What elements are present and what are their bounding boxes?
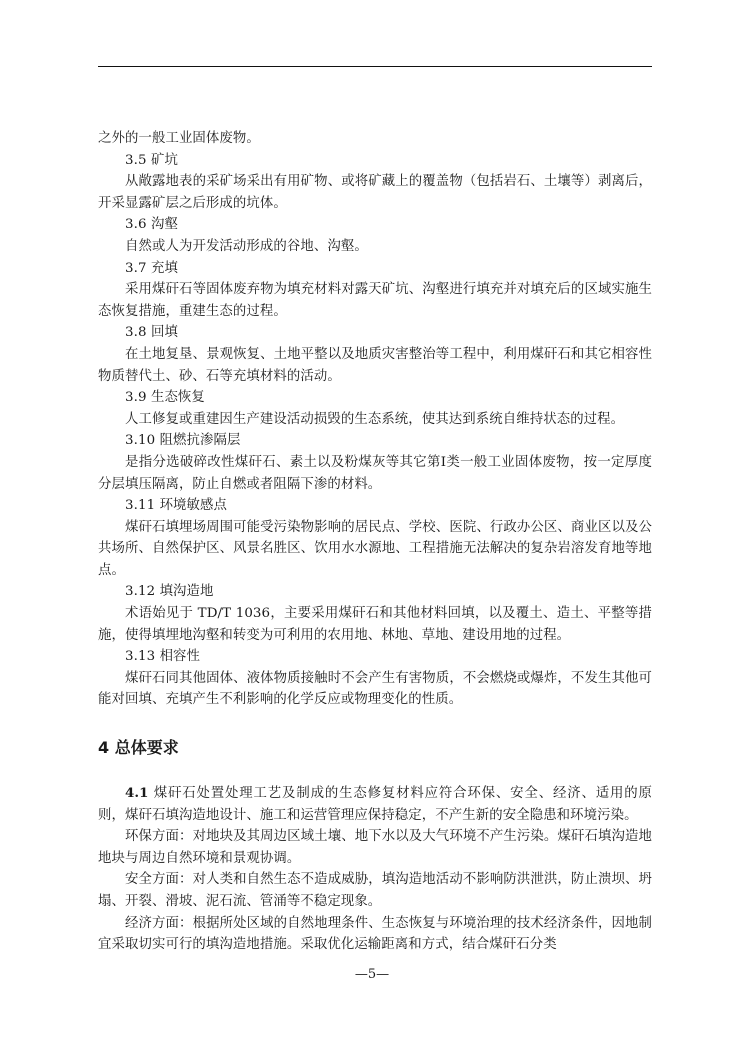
definition-3-7: 采用煤矸石等固体废弃物为填充材料对露天矿坑、沟壑进行填充并对填充后的区域实施生态… bbox=[98, 279, 652, 322]
definition-3-9: 人工修复或重建因生产建设活动损毁的生态系统，使其达到系统自维持状态的过程。 bbox=[98, 409, 652, 431]
term-heading-3-8: 3.8 回填 bbox=[98, 322, 652, 344]
environmental-aspect: 环保方面：对地块及其周边区域土壤、地下水以及大气环境不产生污染。煤矸石填沟造地地… bbox=[98, 826, 652, 869]
page-number: —5— bbox=[0, 967, 744, 982]
economic-aspect: 经济方面：根据所处区域的自然地理条件、生态恢复与环境治理的技术经济条件，因地制宜… bbox=[98, 913, 652, 956]
clause-number: 4.1 bbox=[125, 785, 149, 801]
term-heading-3-13: 3.13 相容性 bbox=[98, 646, 652, 668]
definition-3-13: 煤矸石同其他固体、液体物质接触时不会产生有害物质，不会燃烧或爆炸，不发生其他可能… bbox=[98, 668, 652, 711]
document-body: 之外的一般工业固体废物。 3.5 矿坑 从敞露地表的采矿场采出有用矿物、或将矿藏… bbox=[98, 128, 652, 956]
definition-3-12: 术语始见于 TD/T 1036，主要采用煤矸石和其他材料回填，以及覆土、造土、平… bbox=[98, 603, 652, 646]
section-heading-4: 4 总体要求 bbox=[98, 737, 652, 759]
clause-text: 煤矸石处置处理工艺及制成的生态修复材料应符合环保、安全、经济、适用的原则，煤矸石… bbox=[98, 786, 652, 823]
term-heading-3-9: 3.9 生态恢复 bbox=[98, 387, 652, 409]
clause-4-1: 4.1 煤矸石处置处理工艺及制成的生态修复材料应符合环保、安全、经济、适用的原则… bbox=[98, 783, 652, 826]
definition-3-10: 是指分选破碎改性煤矸石、素土以及粉煤灰等其它第Ⅰ类一般工业固体废物，按一定厚度分… bbox=[98, 452, 652, 495]
term-heading-3-11: 3.11 环境敏感点 bbox=[98, 495, 652, 517]
definition-3-5: 从敞露地表的采矿场采出有用矿物、或将矿藏上的覆盖物（包括岩石、土壤等）剥离后，开… bbox=[98, 171, 652, 214]
definition-3-8: 在土地复垦、景观恢复、土地平整以及地质灾害整治等工程中，利用煤矸石和其它相容性物… bbox=[98, 344, 652, 387]
term-heading-3-5: 3.5 矿坑 bbox=[98, 150, 652, 172]
term-heading-3-10: 3.10 阻燃抗渗隔层 bbox=[98, 430, 652, 452]
safety-aspect: 安全方面：对人类和自然生态不造成威胁，填沟造地活动不影响防洪泄洪，防止溃坝、坍塌… bbox=[98, 869, 652, 912]
header-rule bbox=[98, 66, 652, 67]
term-heading-3-6: 3.6 沟壑 bbox=[98, 214, 652, 236]
term-heading-3-7: 3.7 充填 bbox=[98, 258, 652, 280]
term-heading-3-12: 3.12 填沟造地 bbox=[98, 581, 652, 603]
definition-3-6: 自然或人为开发活动形成的谷地、沟壑。 bbox=[98, 236, 652, 258]
definition-3-11: 煤矸石填埋场周围可能受污染物影响的居民点、学校、医院、行政办公区、商业区以及公共… bbox=[98, 517, 652, 582]
continued-paragraph: 之外的一般工业固体废物。 bbox=[98, 128, 652, 150]
